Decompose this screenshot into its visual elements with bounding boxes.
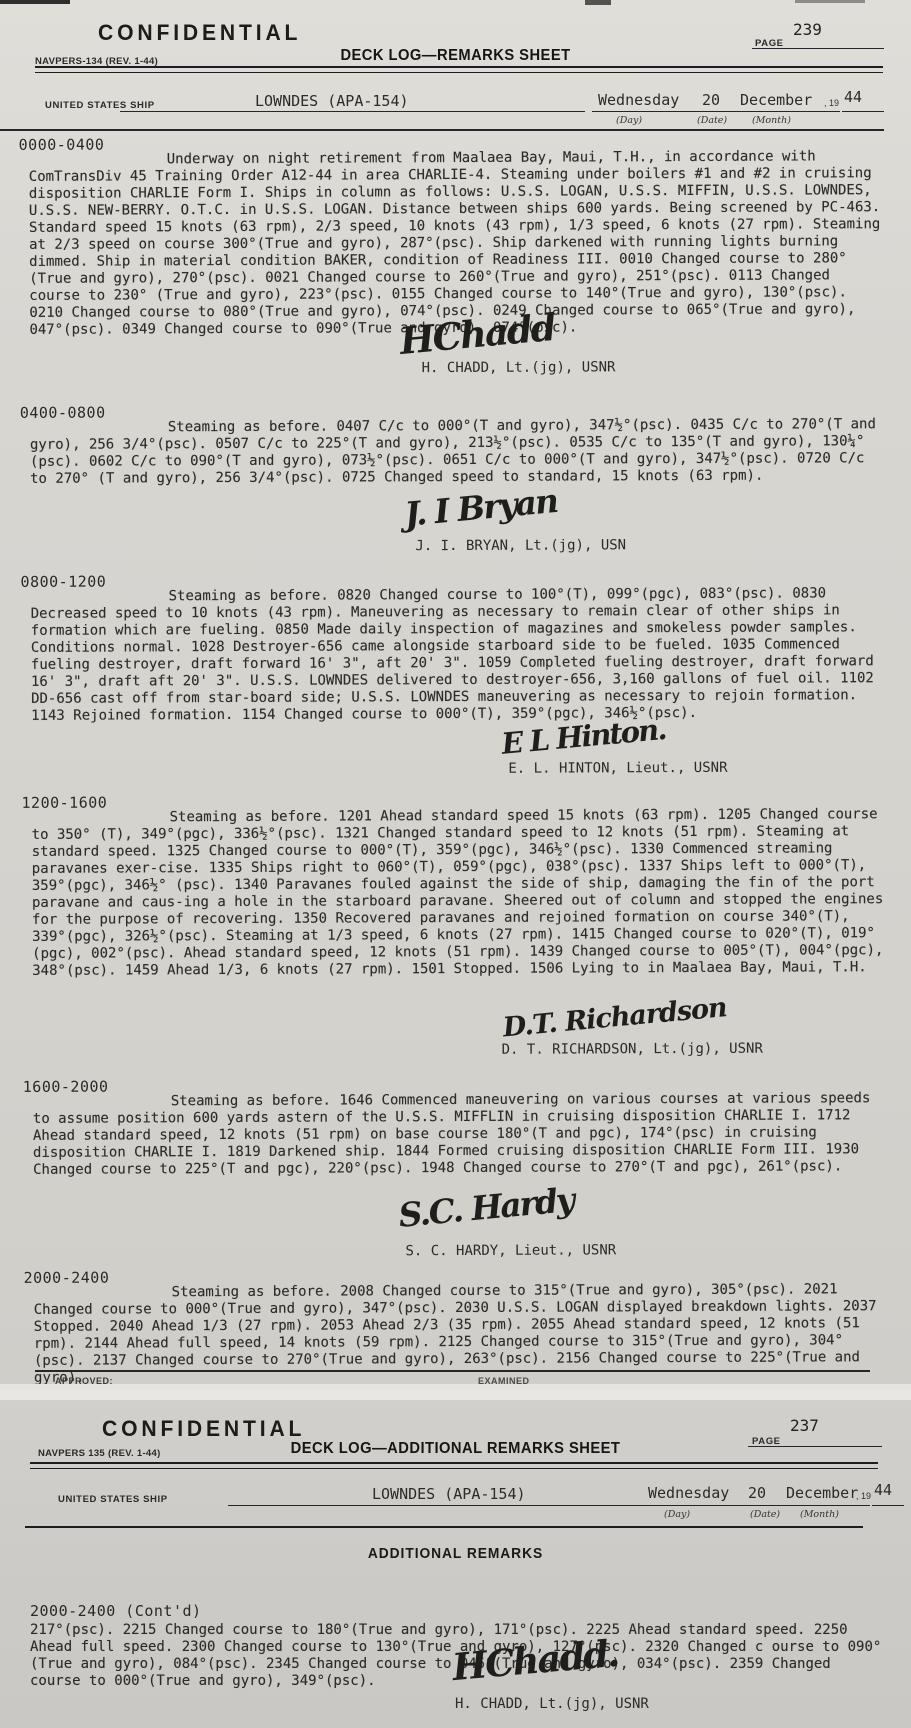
time-range-label: 2000-2400 (Cont'd) <box>30 1602 202 1620</box>
day-column-label: (Day) <box>616 115 642 126</box>
signature-typed: J. I. BRYAN, Lt.(jg), USN <box>415 537 626 554</box>
date-date: 20 <box>748 1484 766 1502</box>
page-number: 239 <box>793 20 822 39</box>
log-entry-text: Underway on night retirement from Maalae… <box>29 148 886 339</box>
year-prefix: , 19 <box>856 1491 871 1501</box>
classification-stamp: CONFIDENTIAL <box>102 1416 305 1442</box>
date-date: 20 <box>702 91 720 109</box>
sheet-title: DECK LOG—REMARKS SHEET <box>36 47 874 65</box>
deck-log-page-2: CONFIDENTIAL 237 PAGE NAVPERS 135 (REV. … <box>0 1390 911 1728</box>
scan-smudge <box>795 0 865 3</box>
log-entry-text: Steaming as before. 0820 Changed course … <box>31 585 888 725</box>
date-year: 44 <box>874 1481 892 1499</box>
ship-name: LOWNDES (APA-154) <box>372 1485 526 1503</box>
date-month: December <box>740 91 812 109</box>
ship-name: LOWNDES (APA-154) <box>255 92 409 110</box>
signature-typed: E. L. HINTON, Lieut., USNR <box>508 760 727 777</box>
header-double-rule <box>35 66 883 73</box>
section-top-rule <box>0 129 884 131</box>
year-line <box>842 111 884 112</box>
log-section-0400-0800: 0400-0800 Steaming as before. 0407 C/c t… <box>0 0 911 2</box>
log-section-1600-2000: 1600-2000 Steaming as before. 1646 Comme… <box>0 0 911 2</box>
signature-handwritten: S.C. Hardy <box>397 1180 575 1235</box>
month-column-label: (Month) <box>800 1509 839 1520</box>
date-column-label: (Date) <box>697 115 727 126</box>
page-edge-strip <box>0 1390 911 1400</box>
month-column-label: (Month) <box>752 115 791 126</box>
log-section-0000-0400: 0000-0400 Underway on night retirement f… <box>0 0 911 2</box>
log-section-1200-1600: 1200-1600 Steaming as before. 1201 Ahead… <box>0 0 911 2</box>
year-line <box>872 1505 904 1506</box>
footer-rule <box>35 1370 870 1372</box>
signature-typed: D. T. RICHARDSON, Lt.(jg), USNR <box>502 1041 763 1058</box>
scan-edge-mark <box>0 0 70 4</box>
signature-handwritten: J. I Bryan <box>403 481 559 534</box>
signature-typed: H. CHADD, Lt.(jg), USNR <box>422 359 616 376</box>
signature-typed: H. CHADD, Lt.(jg), USNR <box>455 1696 649 1712</box>
log-section-2000-2400: 2000-2400 Steaming as before. 2008 Chang… <box>0 0 911 2</box>
date-day: Wednesday <box>598 91 679 109</box>
signature-handwritten: D.T. Richardson <box>501 992 727 1043</box>
ship-name-line <box>228 1505 640 1506</box>
additional-remarks-title: ADDITIONAL REMARKS <box>23 1546 888 1562</box>
log-section-0800-1200: 0800-1200 Steaming as before. 0820 Chang… <box>0 0 911 2</box>
date-line <box>640 1505 870 1506</box>
header-double-rule <box>30 1462 878 1469</box>
date-day: Wednesday <box>648 1484 729 1502</box>
date-month: December <box>786 1484 858 1502</box>
ship-label: UNITED STATES SHIP <box>58 1494 168 1505</box>
date-year: 44 <box>844 88 862 106</box>
deck-log-scan: CONFIDENTIAL 239 PAGE NAVPERS-134 (REV. … <box>0 0 911 1728</box>
page-number: 237 <box>790 1416 819 1435</box>
deck-log-page-1: CONFIDENTIAL 239 PAGE NAVPERS-134 (REV. … <box>0 0 911 1390</box>
ship-label: UNITED STATES SHIP <box>45 100 155 111</box>
ship-name-line <box>120 111 585 112</box>
sheet-title: DECK LOG—ADDITIONAL REMARKS SHEET <box>36 1440 874 1458</box>
log-entry-text: Steaming as before. 0407 C/c to 000°(T a… <box>30 416 886 488</box>
signature-typed: S. C. HARDY, Lieut., USNR <box>405 1242 616 1259</box>
log-entry-text: Steaming as before. 1201 Ahead standard … <box>32 806 889 980</box>
year-prefix: , 19 <box>824 98 839 108</box>
date-column-label: (Date) <box>750 1509 780 1520</box>
scan-smudge <box>585 0 611 5</box>
date-line <box>592 111 840 112</box>
classification-stamp: CONFIDENTIAL <box>98 20 301 46</box>
day-column-label: (Day) <box>664 1509 690 1520</box>
remarks-top-rule <box>25 1526 863 1528</box>
log-entry-text: Steaming as before. 1646 Commenced maneu… <box>33 1090 889 1179</box>
